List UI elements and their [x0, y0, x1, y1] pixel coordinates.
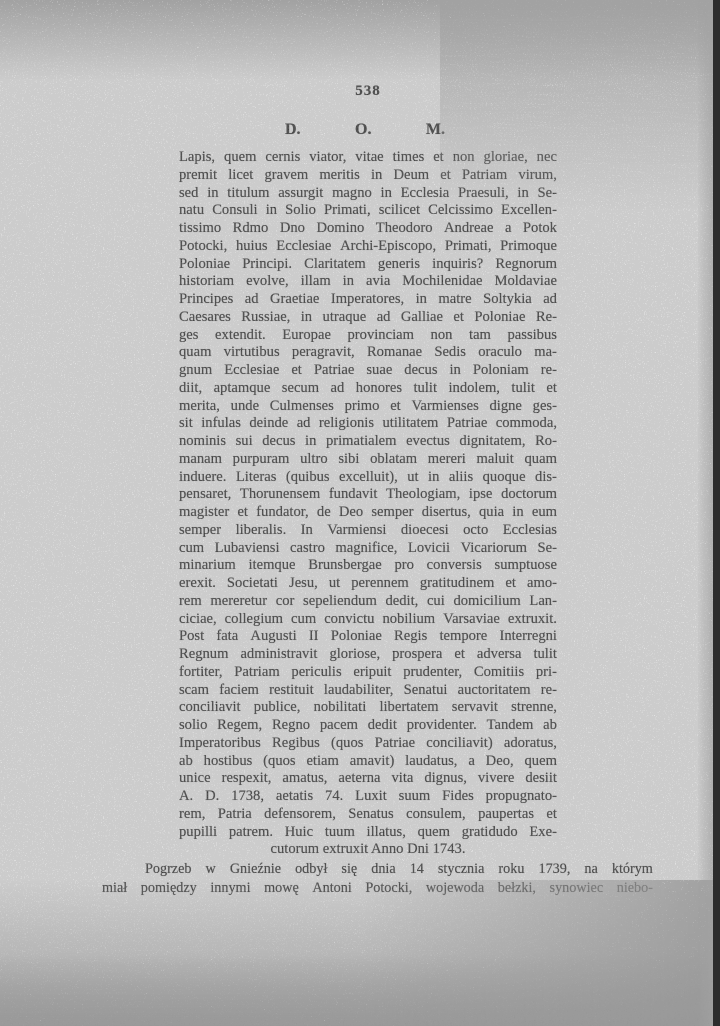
epitaph-line: unicerespexit,amatus,aeternavitadignus,v…: [179, 770, 557, 788]
dom-heading: D.O.M.: [285, 121, 445, 139]
epitaph-line: sedintitulumassurgitmagnoinEcclesiaPraes…: [179, 185, 557, 203]
scanned-book-page: 538 D.O.M. Lapis,quemcernisviator,vitaet…: [0, 0, 720, 1026]
epitaph-line: PostfataAugustiIIPoloniaeRegistemporeInt…: [179, 628, 557, 646]
epitaph-line: CaesaresRussiae,inutraqueadGalliaeetPolo…: [179, 309, 557, 327]
epitaph-line: nominissuidecusinprimatialemevectusdigni…: [179, 433, 557, 451]
epitaph-line: historiamevolve,illaminaviaMochilenidaeM…: [179, 273, 557, 291]
epitaph-line: merita,undeCulmensesprimoetVarmiensesdig…: [179, 398, 557, 416]
epitaph-line: scamfaciemrestituitlaudabiliter,Senatuia…: [179, 682, 557, 700]
epitaph-line: fortiter,Patriampericuliseripuitprudente…: [179, 664, 557, 682]
epitaph-line: remmerereturcorsepeliendumdedit,cuidomic…: [179, 593, 557, 611]
epitaph-last-line: cutorum extruxit Anno Dni 1743.: [179, 841, 557, 859]
footer-line-1: PogrzebwGnieźnieodbyłsiędnia14styczniaro…: [102, 860, 653, 879]
footer-paragraph: PogrzebwGnieźnieodbyłsiędnia14styczniaro…: [102, 860, 653, 897]
epitaph-block: Lapis,quemcernisviator,vitaetimesetnongl…: [179, 149, 557, 859]
dom-heading-letter: O.: [355, 121, 371, 139]
right-edge-shadow: [698, 0, 720, 1026]
epitaph-line: solioRegem,Regnopacemdeditprovidenter.Ta…: [179, 717, 557, 735]
epitaph-line: gesextendit.Europaeprovinciamnontampassi…: [179, 327, 557, 345]
page-number: 538: [179, 83, 557, 100]
noise-bottom-band: [0, 880, 720, 1026]
epitaph-line: conciliavitpublice,nobilitatilibertatems…: [179, 699, 557, 717]
epitaph-line: induere.Literas(quibusexcelluit),utinali…: [179, 469, 557, 487]
epitaph-line: ciciae,collegiumcumconvictunobiliumVarsa…: [179, 611, 557, 629]
epitaph-line: A.D.1738,aetatis74.LuxitsuumFidespropugn…: [179, 788, 557, 806]
epitaph-line: ImperatoribusRegibus(quosPatriaeconcilia…: [179, 735, 557, 753]
footer-line-2: miałpomiędzyinnymimowęAntoniPotocki,woje…: [102, 879, 653, 898]
epitaph-lines: Lapis,quemcernisviator,vitaetimesetnongl…: [179, 149, 557, 841]
dom-heading-letter: D.: [285, 121, 301, 139]
epitaph-line: natuConsuliinSolioPrimati,scilicetCelcis…: [179, 202, 557, 220]
epitaph-line: magisteretfundator,deDeosemperdisertus,q…: [179, 504, 557, 522]
epitaph-line: abhostibus(quosetiamamavit)laudatus,aDeo…: [179, 753, 557, 771]
epitaph-line: gnumEcclesiaeetPatriaesuaedecusinPolonia…: [179, 362, 557, 380]
epitaph-line: diit,aptamquesecumadhonorestulitindolem,…: [179, 380, 557, 398]
epitaph-line: minariumitemqueBrunsbergaeproconversissu…: [179, 557, 557, 575]
epitaph-line: Regnumadministravitgloriose,prosperaetad…: [179, 646, 557, 664]
epitaph-line: cumLubaviensicastromagnifice,LoviciiVica…: [179, 540, 557, 558]
epitaph-line: Lapis,quemcernisviator,vitaetimesetnongl…: [179, 149, 557, 167]
epitaph-line: tissimoRdmoDnoDominoTheodoroAndreaeaPoto…: [179, 220, 557, 238]
epitaph-line: PoloniaePrincipi.Claritatemgenerisinquir…: [179, 256, 557, 274]
epitaph-line: premitlicetgravemmeritisinDeumetPatriamv…: [179, 167, 557, 185]
epitaph-line: rem,Patriadefensorem,Senatusconsulem,pau…: [179, 806, 557, 824]
epitaph-line: pupillipatrem.Huictuumillatus,quemgratid…: [179, 824, 557, 842]
epitaph-line: Potocki,huiusEcclesiaeArchi-Episcopo,Pri…: [179, 238, 557, 256]
epitaph-line: PrincipesadGraetiaeImperatores,inmatreSo…: [179, 291, 557, 309]
epitaph-line: quamvirtutibusperagravit,RomanaeSedisora…: [179, 344, 557, 362]
epitaph-line: pensaret,ThorunensemfundavitTheologiam,i…: [179, 486, 557, 504]
epitaph-line: sitinfulasdeindeadreligionisutilitatemPa…: [179, 415, 557, 433]
dom-heading-letter: M.: [426, 121, 445, 139]
epitaph-line: manampurpuramultrosibioblatammererimalui…: [179, 451, 557, 469]
epitaph-line: erexit.SocietatiJesu,utperennemgratitudi…: [179, 575, 557, 593]
epitaph-line: semperliberalis.InVarmiensidioecesioctoE…: [179, 522, 557, 540]
